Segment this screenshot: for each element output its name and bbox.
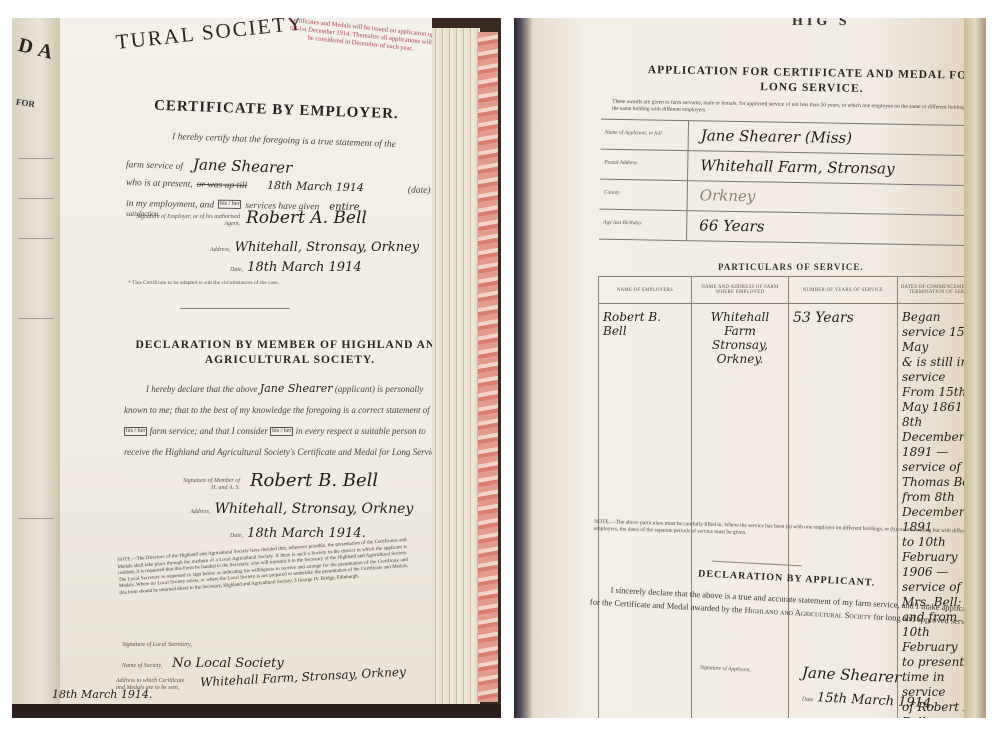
- member-signature: Robert B. Bell: [250, 470, 378, 491]
- his-her-bracket: his / her: [124, 427, 147, 436]
- employer-address: Address, Whitehall, Stronsay, Orkney: [210, 238, 419, 256]
- date-suffix: (date): [408, 185, 431, 196]
- page-edge: [964, 18, 986, 718]
- cert-line-4-printed: in my employment, and: [126, 199, 214, 211]
- address-label: Postal Address: [600, 150, 688, 181]
- society-note: NOTE.—The Directors of the Highland and …: [117, 538, 409, 597]
- county-label: County: [600, 180, 688, 211]
- county-value: Orkney: [688, 181, 986, 215]
- age-label: Age last Birthday: [599, 210, 687, 241]
- service-table-header: Name of Employers Name and Address of Fa…: [599, 277, 987, 304]
- rule: [18, 198, 54, 199]
- farm-cell: Whitehall Farm Stronsay, Orkney.: [692, 304, 789, 719]
- date-label: Date: [802, 697, 814, 704]
- certificate-page: D A TURAL SOCIETY Certificates and Medal…: [60, 18, 432, 708]
- date-label: Date,: [230, 267, 243, 273]
- years-cell: 53 Years: [789, 304, 898, 719]
- address-label: Address,: [210, 247, 231, 253]
- address-label: Address,: [190, 509, 211, 515]
- name-label: Name of Applicant, in full: [601, 120, 689, 151]
- heading-line-2: AGRICULTURAL SOCIETY.: [130, 353, 450, 368]
- his-her-bracket: his / her: [270, 427, 293, 436]
- cert-line-2-printed: farm service of: [126, 160, 183, 172]
- col-farm: Name and Address of Farm where Employed: [692, 277, 789, 304]
- applicant-details-form: Name of Applicant, in full Jane Shearer …: [599, 119, 986, 247]
- rule: [18, 238, 54, 239]
- marbled-edge: [478, 32, 498, 702]
- certificate-footnote: * This Certificate to be adapted to suit…: [128, 280, 279, 286]
- society-title: TURAL SOCIETY: [115, 18, 306, 55]
- address-handwritten: Whitehall, Stronsay, Orkney: [235, 240, 420, 255]
- farm-line: Whitehall Farm: [696, 310, 784, 338]
- name-value: Jane Shearer (Miss): [689, 121, 986, 155]
- previous-page-edge: FOR: [12, 18, 62, 718]
- top-title-fragment: HIG S: [792, 18, 851, 30]
- bottom-date-handwritten: 18th March 1914.: [52, 688, 152, 701]
- employer-date: Date, 18th March 1914: [230, 258, 362, 276]
- member-declaration-body: I hereby declare that the above Jane She…: [124, 378, 444, 463]
- col-years: Number of Years of Service: [789, 277, 898, 304]
- address-value: Whitehall Farm, Stronsay: [688, 151, 986, 185]
- application-page: HIG S APPLICATION FOR CERTIFICATE AND ME…: [532, 18, 964, 718]
- struck-text: or was up till: [197, 180, 248, 191]
- applicant-name-handwritten: Jane Shearer: [260, 382, 333, 395]
- prev-page-fragment: FOR: [15, 97, 35, 110]
- date-handwritten: 18th March 1914: [247, 260, 361, 275]
- local-secretary-signature-label: Signature of Local Secretary,: [122, 642, 192, 649]
- society-name-row: Name of Society, No Local Society: [122, 654, 284, 672]
- cert-line-3-printed: who is at present,: [126, 178, 193, 190]
- date-label: Date,: [230, 533, 243, 539]
- date-handwritten: 18th March 1914: [267, 179, 364, 195]
- member-address: Address, Whitehall, Stronsay, Orkney: [190, 500, 413, 518]
- certificate-heading: CERTIFICATE BY EMPLOYER.: [154, 98, 399, 124]
- application-intro: These awards are given to farm servants,…: [612, 99, 986, 120]
- date-handwritten: 18th March 1914.: [247, 526, 366, 541]
- rule: [18, 318, 54, 319]
- employer-signature: Robert A. Bell: [246, 208, 367, 228]
- member-signature-label: Signature of Member of H. and A. S.: [180, 478, 240, 492]
- left-page-photo: FOR D A TURAL SOCIETY Certificates and M…: [12, 18, 501, 718]
- red-notice: Certificates and Medals will be issued o…: [285, 18, 437, 56]
- member-date: Date, 18th March 1914.: [230, 524, 366, 542]
- farm-line: Orkney.: [696, 352, 784, 366]
- application-heading: APPLICATION FOR CERTIFICATE AND MEDAL FO…: [632, 63, 986, 99]
- member-declaration-heading: DECLARATION BY MEMBER OF HIGHLAND AND AG…: [130, 338, 450, 368]
- employer-signature-label: Signature of Employer, or of his authori…: [130, 214, 240, 228]
- table-row: Robert B. Bell Whitehall Farm Stronsay, …: [599, 304, 987, 719]
- age-value: 66 Years: [687, 211, 986, 245]
- shadow: [12, 704, 501, 718]
- cert-line-1: I hereby certify that the foregoing is a…: [172, 132, 396, 150]
- body-part-a: I hereby declare that the above: [146, 384, 258, 394]
- page-edges: [432, 28, 480, 708]
- body-part-c: farm service; and that I consider: [150, 426, 268, 436]
- society-name-handwritten: No Local Society: [172, 656, 284, 671]
- right-page-photo: HIG S APPLICATION FOR CERTIFICATE AND ME…: [514, 18, 986, 718]
- book-binding: [514, 18, 532, 718]
- his-her-bracket: his / her: [218, 199, 241, 208]
- employer-cell: Robert B. Bell: [599, 304, 692, 719]
- rule: [18, 158, 54, 159]
- service-table: Name of Employers Name and Address of Fa…: [598, 276, 986, 718]
- rule: [18, 518, 54, 519]
- section-divider: [180, 308, 290, 309]
- heading-line-1: DECLARATION BY MEMBER OF HIGHLAND AND: [130, 338, 450, 353]
- address-handwritten: Whitehall, Stronsay, Orkney: [215, 501, 414, 517]
- col-employers: Name of Employers: [599, 277, 692, 304]
- society-name-label: Name of Society,: [122, 663, 162, 669]
- farm-line: Stronsay,: [696, 338, 784, 352]
- particulars-title: PARTICULARS OF SERVICE.: [718, 262, 864, 272]
